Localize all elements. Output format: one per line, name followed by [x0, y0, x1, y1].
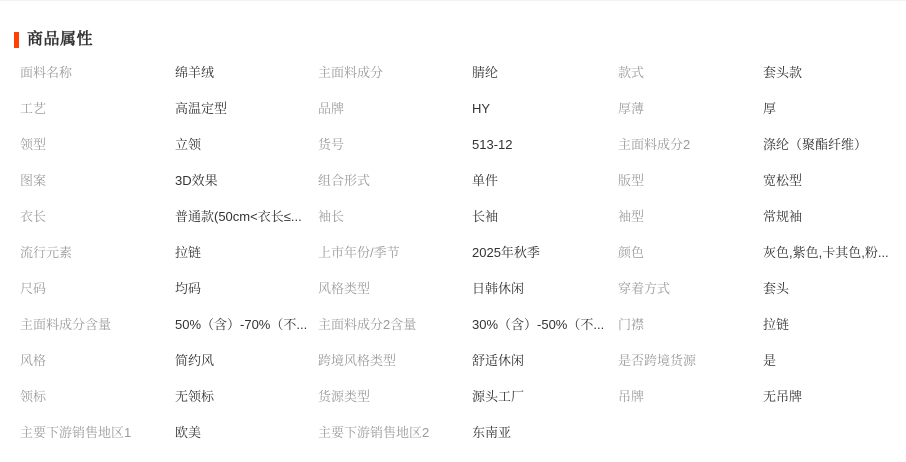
product-attributes-panel: 商品属性 面料名称绵羊绒主面料成分腈纶款式套头款工艺高温定型品牌HY厚薄厚领型立… [0, 0, 906, 462]
attr-label: 袖型 [618, 199, 763, 235]
attr-value: 无吊牌 [763, 379, 906, 415]
attr-value: 欧美 [175, 415, 318, 451]
attr-value: 厚 [763, 91, 906, 127]
attr-label: 货源类型 [318, 379, 472, 415]
attr-value: 套头款 [763, 55, 906, 91]
attr-value: 是 [763, 343, 906, 379]
attr-label: 图案 [20, 163, 175, 199]
attr-value: 源头工厂 [472, 379, 618, 415]
section-accent-bar [14, 32, 19, 48]
attr-label: 主面料成分 [318, 55, 472, 91]
attr-label: 面料名称 [20, 55, 175, 91]
attr-value: 普通款(50cm<衣长≤... [175, 199, 318, 235]
attr-label: 是否跨境货源 [618, 343, 763, 379]
attr-label: 吊牌 [618, 379, 763, 415]
attr-label: 领标 [20, 379, 175, 415]
attr-label: 上市年份/季节 [318, 235, 472, 271]
attr-label: 主面料成分2含量 [318, 307, 472, 343]
attr-label: 工艺 [20, 91, 175, 127]
attr-label: 版型 [618, 163, 763, 199]
attr-label: 尺码 [20, 271, 175, 307]
attr-value: HY [472, 91, 618, 127]
attr-label: 主要下游销售地区2 [318, 415, 472, 451]
attr-label: 品牌 [318, 91, 472, 127]
attr-value: 涤纶（聚酯纤维） [763, 127, 906, 163]
attr-label: 颜色 [618, 235, 763, 271]
attr-value: 日韩休闲 [472, 271, 618, 307]
attr-value: 常规袖 [763, 199, 906, 235]
page-title: 商品属性 [27, 31, 93, 48]
attr-value: 拉链 [175, 235, 318, 271]
attr-label: 衣长 [20, 199, 175, 235]
attr-label: 风格类型 [318, 271, 472, 307]
attr-label: 组合形式 [318, 163, 472, 199]
attr-label: 主面料成分2 [618, 127, 763, 163]
attr-value: 灰色,紫色,卡其色,粉... [763, 235, 906, 271]
attr-label: 厚薄 [618, 91, 763, 127]
attr-label: 袖长 [318, 199, 472, 235]
attr-value: 无领标 [175, 379, 318, 415]
attr-value: 腈纶 [472, 55, 618, 91]
attr-value: 舒适休闲 [472, 343, 618, 379]
attr-value: 立领 [175, 127, 318, 163]
attr-value: 30%（含）-50%（不... [472, 307, 618, 343]
attr-label: 风格 [20, 343, 175, 379]
attr-label: 货号 [318, 127, 472, 163]
attr-value: 绵羊绒 [175, 55, 318, 91]
attr-value: 3D效果 [175, 163, 318, 199]
attr-value: 宽松型 [763, 163, 906, 199]
attr-value: 东南亚 [472, 415, 618, 451]
section-header: 商品属性 [14, 31, 906, 48]
attr-value: 套头 [763, 271, 906, 307]
attr-value: 简约风 [175, 343, 318, 379]
attr-label: 门襟 [618, 307, 763, 343]
attr-value: 513-12 [472, 127, 618, 163]
attr-value: 50%（含）-70%（不... [175, 307, 318, 343]
attr-label: 跨境风格类型 [318, 343, 472, 379]
attr-label: 款式 [618, 55, 763, 91]
attr-value: 长袖 [472, 199, 618, 235]
attr-label: 主要下游销售地区1 [20, 415, 175, 451]
attr-label: 穿着方式 [618, 271, 763, 307]
attr-value: 拉链 [763, 307, 906, 343]
attr-value: 高温定型 [175, 91, 318, 127]
attr-label: 领型 [20, 127, 175, 163]
attr-value: 均码 [175, 271, 318, 307]
attr-label: 主面料成分含量 [20, 307, 175, 343]
attr-value: 单件 [472, 163, 618, 199]
attr-label: 流行元素 [20, 235, 175, 271]
attr-value: 2025年秋季 [472, 235, 618, 271]
attributes-grid: 面料名称绵羊绒主面料成分腈纶款式套头款工艺高温定型品牌HY厚薄厚领型立领货号51… [0, 55, 906, 451]
